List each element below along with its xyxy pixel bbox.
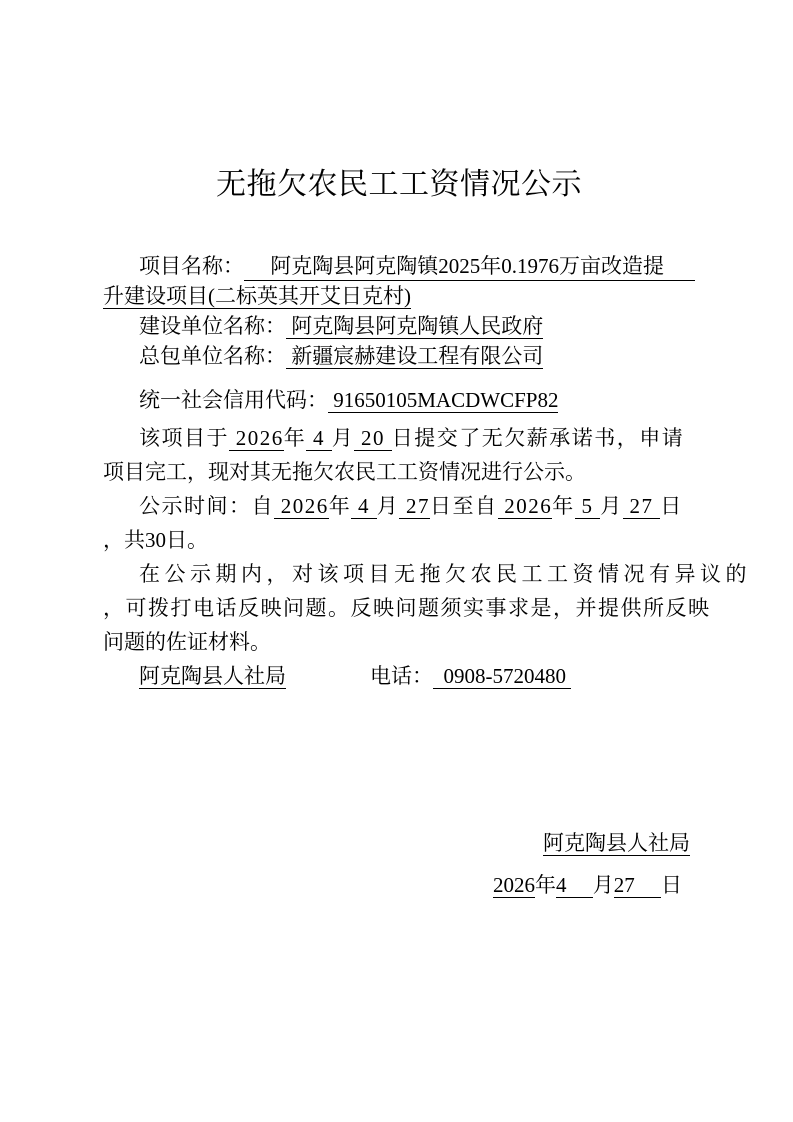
text-segment: 问题的佐证材料。 xyxy=(103,630,271,654)
objection-line-2: ，可拨打电话反映问题。反映问题须实事求是，并提供所反映 xyxy=(103,591,695,625)
text-segment: 月 xyxy=(332,426,355,450)
construction-unit-line: 建设单位名称： 阿克陶县阿克陶镇人民政府 xyxy=(103,311,695,341)
text-segment: 月 xyxy=(593,873,614,897)
underlined-segment: 27 xyxy=(399,494,430,519)
text-segment: 月 xyxy=(600,494,623,518)
underlined-segment: 阿克陶县人社局 xyxy=(139,664,286,689)
document-title: 无拖欠农民工工资情况公示 xyxy=(103,168,695,202)
text-segment: 日 xyxy=(661,873,682,897)
text-segment: 公示时间：自 xyxy=(139,494,274,518)
underlined-segment: 2026 xyxy=(274,494,329,519)
text-segment: 年 xyxy=(284,426,307,450)
text-segment: 年 xyxy=(329,494,352,518)
underlined-segment: 2026 xyxy=(229,426,284,451)
document-page: 无拖欠农民工工资情况公示 项目名称： 阿克陶县阿克陶镇2025年0.1976万亩… xyxy=(0,0,793,1122)
underlined-segment: 4 xyxy=(556,873,593,898)
text-segment: 日提交了无欠薪承诺书，申请 xyxy=(392,426,685,450)
publicity-period-line-1: 公示时间：自 2026年 4 月 27日至自 2026年 5 月 27 日 xyxy=(103,489,695,523)
text-segment: ，可拨打电话反映问题。反映问题须实事求是，并提供所反映 xyxy=(103,596,711,620)
underlined-segment: 阿克陶县阿克陶镇2025年0.1976万亩改造提 xyxy=(244,250,695,281)
text-segment: 年 xyxy=(535,873,556,897)
credit-code-line: 统一社会信用代码： 91650105MACDWCFP82 xyxy=(103,383,695,417)
underlined-segment: 新疆宸赫建设工程有限公司 xyxy=(286,344,543,369)
text-segment: 年 xyxy=(552,494,575,518)
text-segment: 总包单位名称： xyxy=(139,344,286,368)
text-segment: 项目完工，现对其无拖欠农民工工资情况进行公示。 xyxy=(103,460,586,484)
underlined-segment: 0908-5720480 xyxy=(433,664,571,689)
text-segment: 在公示期内，对该项目无拖欠农民工工资情况有异议的 xyxy=(139,562,751,586)
commitment-line-2: 项目完工，现对其无拖欠农民工工资情况进行公示。 xyxy=(103,455,695,489)
date-line: 2026年4 月27 日 xyxy=(103,868,695,902)
text-segment: 电话： xyxy=(286,664,433,688)
text-segment: 统一社会信用代码： xyxy=(139,388,328,412)
underlined-segment: 20 xyxy=(354,426,392,451)
text-segment: 日至自 xyxy=(430,494,498,518)
project-name-line-1: 项目名称： 阿克陶县阿克陶镇2025年0.1976万亩改造提 xyxy=(103,250,695,281)
commitment-line-1: 该项目于 2026年 4 月 20 日提交了无欠薪承诺书，申请 xyxy=(103,421,695,455)
underlined-segment: 4 xyxy=(306,426,332,451)
contact-line: 阿克陶县人社局 电话： 0908-5720480 xyxy=(103,659,695,693)
text-segment: 项目名称： xyxy=(139,251,244,281)
underlined-segment: 27 xyxy=(614,873,661,898)
contractor-unit-line: 总包单位名称： 新疆宸赫建设工程有限公司 xyxy=(103,341,695,371)
text-segment: 该项目于 xyxy=(139,426,229,450)
document-body: 项目名称： 阿克陶县阿克陶镇2025年0.1976万亩改造提升建设项目(二标英其… xyxy=(103,250,695,902)
underlined-segment: 2026 xyxy=(493,873,535,898)
signature-line: 阿克陶县人社局 xyxy=(103,826,695,860)
underlined-segment: 阿克陶县阿克陶镇人民政府 xyxy=(286,314,543,339)
underlined-segment: 升建设项目(二标英其开艾日克村) xyxy=(103,284,411,309)
underlined-segment: 阿克陶县人社局 xyxy=(543,831,690,856)
underlined-segment: 27 xyxy=(623,494,661,519)
text-segment: 月 xyxy=(377,494,400,518)
text-segment: 日 xyxy=(660,494,683,518)
text-segment: 建设单位名称： xyxy=(139,314,286,338)
objection-line-1: 在公示期内，对该项目无拖欠农民工工资情况有异议的 xyxy=(103,557,695,591)
project-name-line-2: 升建设项目(二标英其开艾日克村) xyxy=(103,281,695,311)
underlined-segment: 5 xyxy=(575,494,601,519)
objection-line-3: 问题的佐证材料。 xyxy=(103,625,695,659)
underlined-segment: 91650105MACDWCFP82 xyxy=(328,388,558,413)
text-segment: ，共30日。 xyxy=(103,528,208,552)
underlined-segment: 2026 xyxy=(498,494,553,519)
underlined-segment: 4 xyxy=(351,494,377,519)
publicity-period-line-2: ，共30日。 xyxy=(103,523,695,557)
